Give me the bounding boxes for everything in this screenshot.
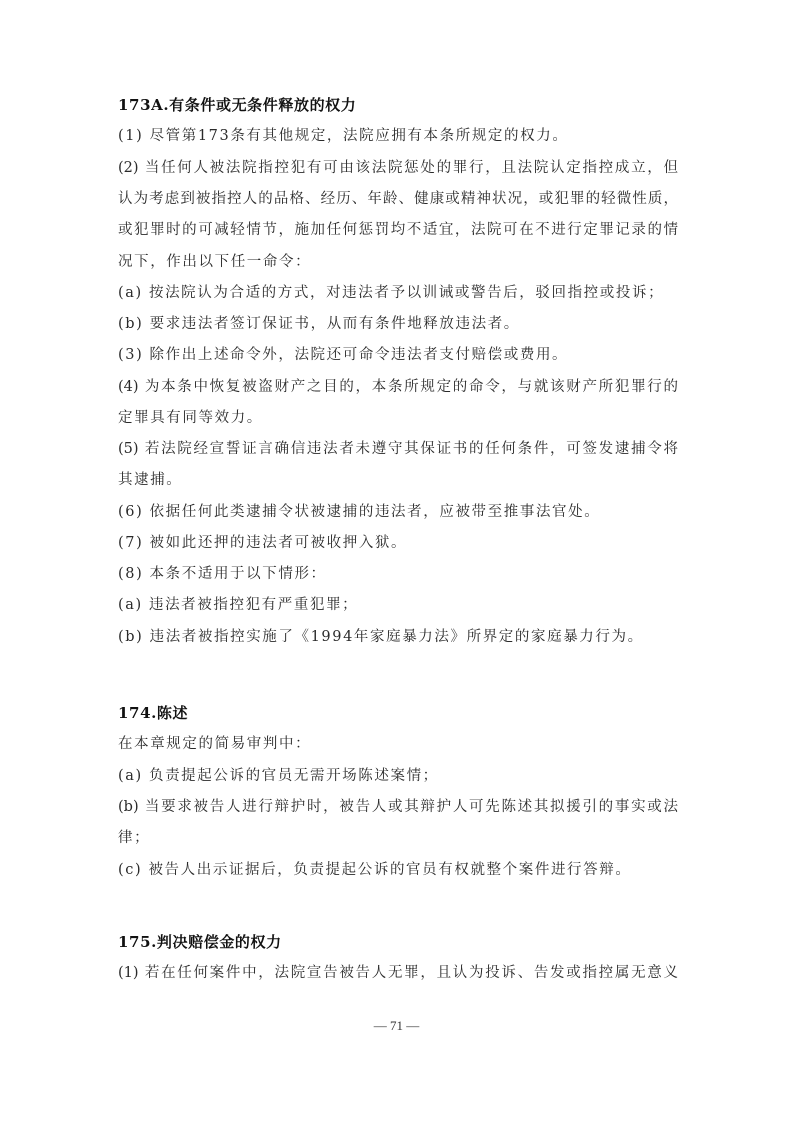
section-heading-174: 174.陈述 xyxy=(118,703,678,723)
paragraph-line: (2) 当任何人被法院指控犯有可由该法院惩处的罪行，且法院认定指控成立，但 xyxy=(118,158,678,178)
paragraph-line: (7) 被如此还押的违法者可被收押入狱。 xyxy=(118,533,678,553)
paragraph-line: 况下，作出以下任一命令： xyxy=(118,252,678,272)
paragraph-line: (b) 当要求被告人进行辩护时，被告人或其辩护人可先陈述其拟援引的事实或法 xyxy=(118,797,678,817)
paragraph-line: (1) 若在任何案件中，法院宣告被告人无罪，且认为投诉、告发或指控属无意义 xyxy=(118,963,678,983)
paragraph-line: (5) 若法院经宣誓证言确信违法者未遵守其保证书的任何条件，可签发逮捕令将 xyxy=(118,439,678,459)
paragraph-line: (a) 负责提起公诉的官员无需开场陈述案情； xyxy=(118,766,678,786)
page-number: — 71 — xyxy=(0,1018,793,1034)
paragraph-line: 定罪具有同等效力。 xyxy=(118,408,678,428)
paragraph-line: (4) 为本条中恢复被盗财产之目的，本条所规定的命令，与就该财产所犯罪行的 xyxy=(118,377,678,397)
paragraph-line: 律； xyxy=(118,828,678,848)
paragraph-line: (b) 违法者被指控实施了《1994年家庭暴力法》所界定的家庭暴力行为。 xyxy=(118,627,678,647)
paragraph-line: (6) 依据任何此类逮捕令状被逮捕的违法者，应被带至推事法官处。 xyxy=(118,502,678,522)
paragraph-line: 或犯罪时的可减轻情节，施加任何惩罚均不适宜，法院可在不进行定罪记录的情 xyxy=(118,220,678,240)
paragraph-line: (c) 被告人出示证据后，负责提起公诉的官员有权就整个案件进行答辩。 xyxy=(118,860,678,880)
paragraph-line: (8) 本条不适用于以下情形： xyxy=(118,564,678,584)
paragraph-line: (1) 尽管第173条有其他规定，法院应拥有本条所规定的权力。 xyxy=(118,126,678,146)
paragraph-line: (a) 违法者被指控犯有严重犯罪； xyxy=(118,595,678,615)
paragraph-line: (b) 要求违法者签订保证书，从而有条件地释放违法者。 xyxy=(118,314,678,334)
section-heading-173a: 173A.有条件或无条件释放的权力 xyxy=(118,95,678,115)
document-page: 173A.有条件或无条件释放的权力 (1) 尽管第173条有其他规定，法院应拥有… xyxy=(0,0,793,1122)
section-heading-175: 175.判决赔偿金的权力 xyxy=(118,932,678,952)
paragraph-line: 其逮捕。 xyxy=(118,470,678,490)
paragraph-line: (3) 除作出上述命令外，法院还可命令违法者支付赔偿或费用。 xyxy=(118,345,678,365)
paragraph-line: 认为考虑到被指控人的品格、经历、年龄、健康或精神状况，或犯罪的轻微性质， xyxy=(118,189,678,209)
paragraph-line: (a) 按法院认为合适的方式，对违法者予以训诫或警告后，驳回指控或投诉； xyxy=(118,283,678,303)
paragraph-line: 在本章规定的简易审判中： xyxy=(118,734,678,754)
